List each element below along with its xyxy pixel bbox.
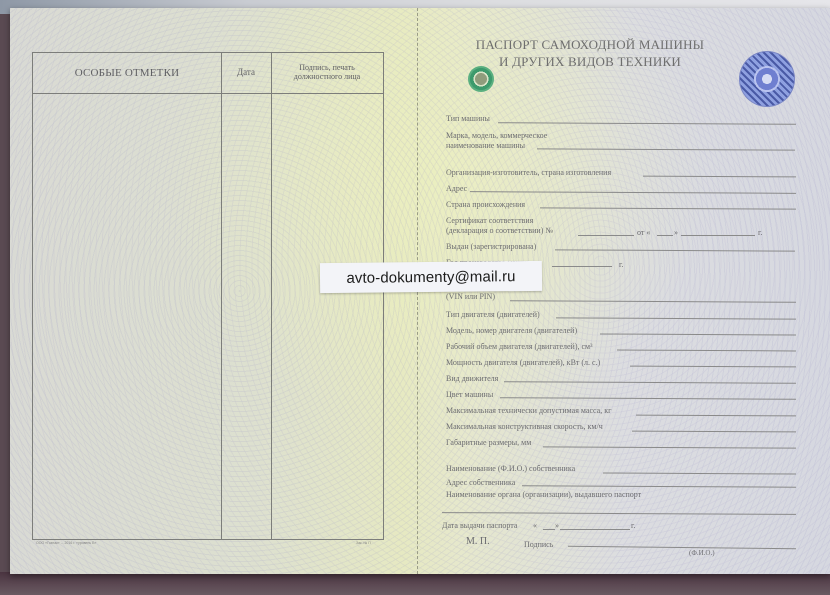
special-notes-table: ОСОБЫЕ ОТМЕТКИ Дата Подпись, печать долж… (32, 52, 384, 540)
input-line-issue-month[interactable] (560, 529, 630, 530)
full-name-hint: (Ф.И.О.) (689, 549, 715, 558)
column-divider (271, 53, 272, 539)
header-signature-line1: Подпись, печать (299, 63, 355, 72)
header-signature: Подпись, печать должностного лица (271, 53, 383, 93)
field-owner-name: Наименование (Ф.И.О.) собственника (446, 464, 575, 473)
field-declaration-number: (декларация о соответствии) № (446, 226, 553, 235)
production-year-suffix: г. (619, 260, 623, 269)
input-line-production-year[interactable] (552, 266, 612, 267)
signature-label: Подпись (524, 540, 553, 549)
cert-year-suffix: г. (758, 228, 762, 237)
field-certificate: Сертификат соответствия (446, 216, 533, 225)
field-brand-model: Марка, модель, коммерческое (446, 131, 547, 140)
input-line-issue-day[interactable] (543, 529, 555, 530)
field-engine-model: Модель, номер двигателя (двигателей) (446, 326, 577, 335)
order-number: Зак. № П (356, 541, 371, 545)
issue-date-close-quote: » (555, 521, 559, 530)
field-max-speed: Максимальная конструктивная скорость, км… (446, 422, 603, 431)
field-max-mass: Максимальная технически допустимая масса… (446, 406, 611, 415)
field-dimensions: Габаритные размеры, мм (446, 438, 531, 447)
hologram-emblem-icon (739, 51, 795, 107)
issue-year-suffix: г. (631, 521, 635, 530)
title-line-1: ПАСПОРТ САМОХОДНОЙ МАШИНЫ (455, 36, 725, 53)
input-line-cert-day[interactable] (657, 235, 673, 236)
field-commercial-name: наименование машины (446, 141, 525, 150)
field-address: Адрес (446, 184, 467, 193)
field-country-origin: Страна происхождения (446, 200, 525, 209)
header-date: Дата (221, 53, 271, 93)
field-issuing-authority: Наименование органа (организации), выдав… (446, 490, 641, 499)
input-line-cert-month[interactable] (681, 235, 755, 236)
title-line-2: И ДРУГИХ ВИДОВ ТЕХНИКИ (455, 53, 725, 70)
stamp-place: М. П. (466, 537, 490, 546)
field-engine-power: Мощность двигателя (двигателей), кВт (л.… (446, 358, 600, 367)
field-vin-pin: (VIN или PIN) (446, 292, 495, 301)
issue-date-open-quote: « (533, 521, 537, 530)
field-machine-color: Цвет машины (446, 390, 493, 399)
field-owner-address: Адрес собственника (446, 478, 515, 487)
cert-date-from: от « (637, 228, 650, 237)
field-machine-type: Тип машины (446, 114, 490, 123)
field-issued-by: Выдан (зарегистрирована) (446, 242, 536, 251)
input-line-certificate-number[interactable] (578, 235, 634, 236)
background-bottom (0, 572, 830, 595)
column-divider (221, 53, 222, 539)
header-signature-line2: должностного лица (294, 72, 360, 81)
field-propulsion-type: Вид движителя (446, 374, 498, 383)
header-special-notes: ОСОБЫЕ ОТМЕТКИ (33, 53, 221, 93)
email-sticker: avto-dokumenty@mail.ru (320, 261, 542, 293)
field-manufacturer: Организация-изготовитель, страна изготов… (446, 168, 611, 177)
document-title: ПАСПОРТ САМОХОДНОЙ МАШИНЫ И ДРУГИХ ВИДОВ… (455, 36, 725, 70)
field-engine-type: Тип двигателя (двигателей) (446, 310, 540, 319)
field-engine-displacement: Рабочий объем двигателя (двигателей), см… (446, 342, 593, 351)
cert-date-quote: » (674, 228, 678, 237)
print-imprint: ООО «Гознак» ... 2016 г. «уровень Б» (36, 541, 96, 545)
field-issue-date: Дата выдачи паспорта (442, 521, 517, 530)
